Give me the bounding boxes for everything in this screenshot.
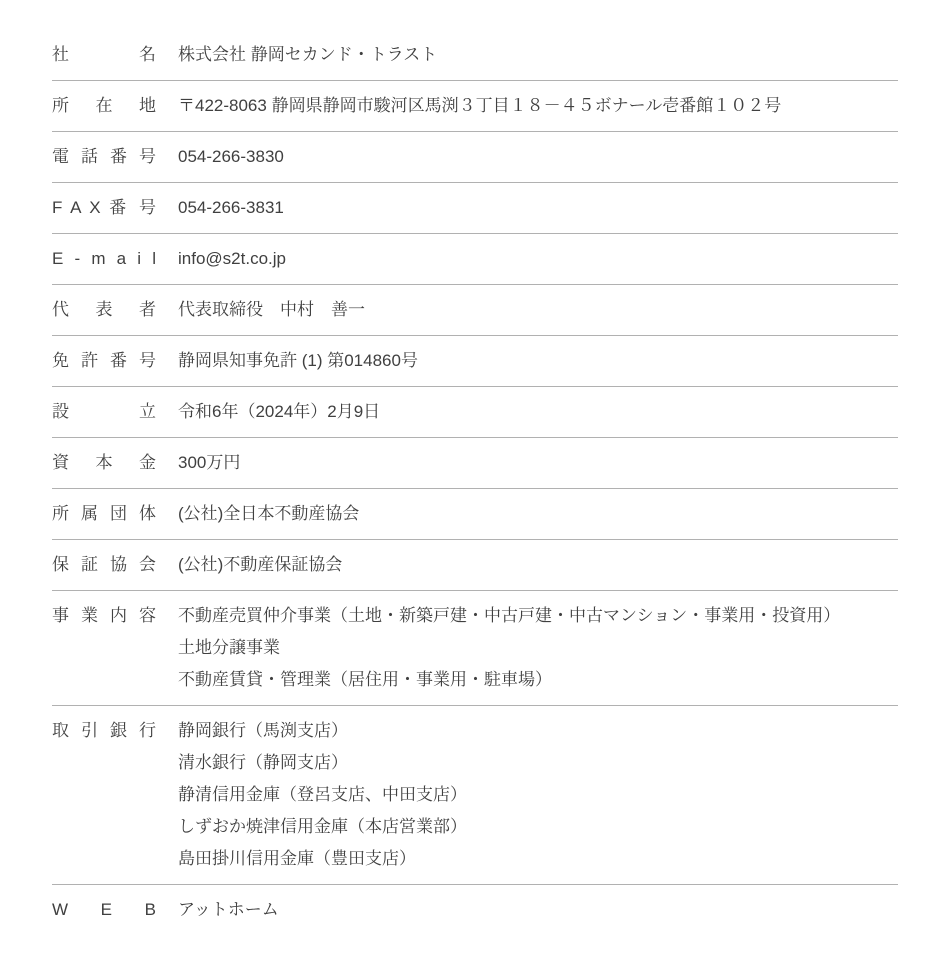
bank-line: 清水銀行（静岡支店） bbox=[178, 747, 467, 779]
profile-row-fax: F A X 番 号 054-266-3831 bbox=[52, 183, 898, 234]
row-value-established: 令和6年（2024年）2月9日 bbox=[178, 396, 380, 428]
row-label-capital: 資 本 金 bbox=[52, 447, 156, 479]
bank-line: しずおか焼津信用金庫（本店営業部） bbox=[178, 811, 467, 843]
business-line: 土地分譲事業 bbox=[178, 632, 840, 664]
row-value-association: (公社)全日本不動産協会 bbox=[178, 498, 359, 530]
row-value-company-name: 株式会社 静岡セカンド・トラスト bbox=[178, 39, 437, 71]
row-label-fax: F A X 番 号 bbox=[52, 192, 156, 224]
row-label-banks: 取 引 銀 行 bbox=[52, 715, 156, 747]
row-label-address: 所 在 地 bbox=[52, 90, 156, 122]
profile-row-established: 設 立 令和6年（2024年）2月9日 bbox=[52, 387, 898, 438]
profile-row-email: E - m a i l info@s2t.co.jp bbox=[52, 234, 898, 285]
row-label-license-number: 免 許 番 号 bbox=[52, 345, 156, 377]
profile-row-license-number: 免 許 番 号 静岡県知事免許 (1) 第014860号 bbox=[52, 336, 898, 387]
row-value-email: info@s2t.co.jp bbox=[178, 243, 286, 275]
profile-row-representative: 代 表 者 代表取締役 中村 善一 bbox=[52, 285, 898, 336]
business-line: 不動産売買仲介事業（土地・新築戸建・中古戸建・中古マンション・事業用・投資用） bbox=[178, 600, 840, 632]
row-label-guarantee-association: 保 証 協 会 bbox=[52, 549, 156, 581]
row-value-guarantee-association: (公社)不動産保証協会 bbox=[178, 549, 342, 581]
row-label-company-name: 社 名 bbox=[52, 39, 156, 71]
profile-row-capital: 資 本 金 300万円 bbox=[52, 438, 898, 489]
row-value-business: 不動産売買仲介事業（土地・新築戸建・中古戸建・中古マンション・事業用・投資用） … bbox=[178, 600, 840, 696]
profile-row-business: 事 業 内 容 不動産売買仲介事業（土地・新築戸建・中古戸建・中古マンション・事… bbox=[52, 591, 898, 706]
company-profile-table: 社 名 株式会社 静岡セカンド・トラスト 所 在 地 〒422-8063 静岡県… bbox=[0, 0, 950, 935]
row-label-email: E - m a i l bbox=[52, 243, 156, 275]
row-label-association: 所 属 団 体 bbox=[52, 498, 156, 530]
profile-row-web: W E B アットホーム bbox=[52, 885, 898, 935]
row-label-web: W E B bbox=[52, 894, 156, 926]
row-label-business: 事 業 内 容 bbox=[52, 600, 156, 632]
bank-line: 静岡銀行（馬渕支店） bbox=[178, 715, 467, 747]
profile-row-banks: 取 引 銀 行 静岡銀行（馬渕支店） 清水銀行（静岡支店） 静清信用金庫（登呂支… bbox=[52, 706, 898, 885]
row-label-established: 設 立 bbox=[52, 396, 156, 428]
bank-line: 静清信用金庫（登呂支店、中田支店） bbox=[178, 779, 467, 811]
profile-row-association: 所 属 団 体 (公社)全日本不動産協会 bbox=[52, 489, 898, 540]
row-value-license-number: 静岡県知事免許 (1) 第014860号 bbox=[178, 345, 418, 377]
row-label-representative: 代 表 者 bbox=[52, 294, 156, 326]
profile-row-address: 所 在 地 〒422-8063 静岡県静岡市駿河区馬渕３丁目１８－４５ボナール壱… bbox=[52, 81, 898, 132]
business-line: 不動産賃貸・管理業（居住用・事業用・駐車場） bbox=[178, 664, 840, 696]
row-value-banks: 静岡銀行（馬渕支店） 清水銀行（静岡支店） 静清信用金庫（登呂支店、中田支店） … bbox=[178, 715, 467, 875]
row-value-capital: 300万円 bbox=[178, 447, 240, 479]
row-value-web-link[interactable]: アットホーム bbox=[178, 894, 279, 926]
row-value-phone: 054-266-3830 bbox=[178, 141, 284, 173]
row-value-fax: 054-266-3831 bbox=[178, 192, 284, 224]
profile-row-phone: 電 話 番 号 054-266-3830 bbox=[52, 132, 898, 183]
row-value-address: 〒422-8063 静岡県静岡市駿河区馬渕３丁目１８－４５ボナール壱番館１０２号 bbox=[178, 90, 781, 122]
profile-row-company-name: 社 名 株式会社 静岡セカンド・トラスト bbox=[52, 30, 898, 81]
profile-row-guarantee-association: 保 証 協 会 (公社)不動産保証協会 bbox=[52, 540, 898, 591]
row-label-phone: 電 話 番 号 bbox=[52, 141, 156, 173]
row-value-representative: 代表取締役 中村 善一 bbox=[178, 294, 365, 326]
bank-line: 島田掛川信用金庫（豊田支店） bbox=[178, 843, 467, 875]
